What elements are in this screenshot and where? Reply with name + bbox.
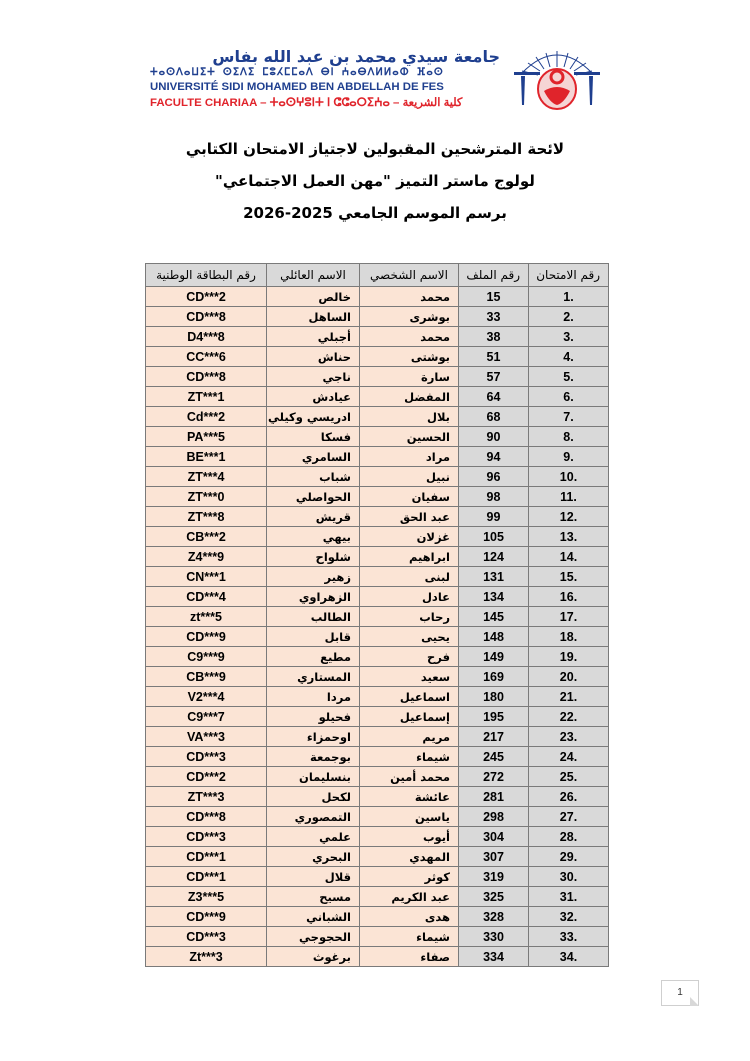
- table-row: 6.64المفضلعيادشZT***1: [146, 387, 609, 407]
- national-id-cell: ZT***1: [146, 387, 267, 407]
- family-name-cell: لكحل: [267, 787, 360, 807]
- national-id-cell: BE***1: [146, 447, 267, 467]
- file-number-cell: 334: [459, 947, 529, 967]
- header-exam-number: رقم الامتحان: [529, 264, 609, 287]
- family-name-cell: البحري: [267, 847, 360, 867]
- national-id-cell: Cd***2: [146, 407, 267, 427]
- first-name-cell: سارة: [360, 367, 459, 387]
- table-row: 24.245شيماءبوجمعةCD***3: [146, 747, 609, 767]
- national-id-cell: D4***8: [146, 327, 267, 347]
- first-name-cell: غزلان: [360, 527, 459, 547]
- exam-number-cell: 6.: [529, 387, 609, 407]
- national-id-cell: CD***1: [146, 867, 267, 887]
- first-name-cell: عبد الحق: [360, 507, 459, 527]
- header-national-id: رقم البطاقة الوطنية: [146, 264, 267, 287]
- exam-number-cell: 20.: [529, 667, 609, 687]
- family-name-cell: فحيلو: [267, 707, 360, 727]
- exam-number-cell: 2.: [529, 307, 609, 327]
- header-first-name: الاسم الشخصي: [360, 264, 459, 287]
- table-row: 26.281عائشةلكحلZT***3: [146, 787, 609, 807]
- national-id-cell: CD***4: [146, 587, 267, 607]
- exam-number-cell: 22.: [529, 707, 609, 727]
- file-number-cell: 148: [459, 627, 529, 647]
- first-name-cell: سعيد: [360, 667, 459, 687]
- family-name-cell: بوجمعة: [267, 747, 360, 767]
- exam-number-cell: 15.: [529, 567, 609, 587]
- family-name-cell: مردا: [267, 687, 360, 707]
- table-row: 14.124ابراهيمشلواحZ4***9: [146, 547, 609, 567]
- file-number-cell: 149: [459, 647, 529, 667]
- table-header-row: رقم الامتحان رقم الملف الاسم الشخصي الاس…: [146, 264, 609, 287]
- national-id-cell: Z3***5: [146, 887, 267, 907]
- table-row: 28.304أيوبعلميCD***3: [146, 827, 609, 847]
- file-number-cell: 98: [459, 487, 529, 507]
- exam-number-cell: 10.: [529, 467, 609, 487]
- exam-number-cell: 33.: [529, 927, 609, 947]
- national-id-cell: CD***9: [146, 907, 267, 927]
- exam-number-cell: 24.: [529, 747, 609, 767]
- exam-number-cell: 34.: [529, 947, 609, 967]
- exam-number-cell: 8.: [529, 427, 609, 447]
- file-number-cell: 33: [459, 307, 529, 327]
- exam-number-cell: 29.: [529, 847, 609, 867]
- family-name-cell: الشباني: [267, 907, 360, 927]
- national-id-cell: CD***1: [146, 847, 267, 867]
- table-row: 19.149فرحمطيعC9***9: [146, 647, 609, 667]
- national-id-cell: ZT***8: [146, 507, 267, 527]
- table-row: 31.325عبد الكريممسيحZ3***5: [146, 887, 609, 907]
- table-row: 32.328هدىالشبانيCD***9: [146, 907, 609, 927]
- file-number-cell: 298: [459, 807, 529, 827]
- first-name-cell: فرح: [360, 647, 459, 667]
- table-row: 10.96نبيلشبابZT***4: [146, 467, 609, 487]
- first-name-cell: عبد الكريم: [360, 887, 459, 907]
- family-name-cell: الحواصلي: [267, 487, 360, 507]
- file-number-cell: 272: [459, 767, 529, 787]
- file-number-cell: 134: [459, 587, 529, 607]
- family-name-cell: المستاري: [267, 667, 360, 687]
- table-row: 12.99عبد الحققريشZT***8: [146, 507, 609, 527]
- file-number-cell: 64: [459, 387, 529, 407]
- file-number-cell: 328: [459, 907, 529, 927]
- national-id-cell: VA***3: [146, 727, 267, 747]
- first-name-cell: أيوب: [360, 827, 459, 847]
- exam-number-cell: 9.: [529, 447, 609, 467]
- family-name-cell: حناش: [267, 347, 360, 367]
- exam-number-cell: 1.: [529, 287, 609, 307]
- exam-number-cell: 13.: [529, 527, 609, 547]
- first-name-cell: المفضل: [360, 387, 459, 407]
- family-name-cell: شلواح: [267, 547, 360, 567]
- first-name-cell: نبيل: [360, 467, 459, 487]
- table-row: 5.57سارةناجيCD***8: [146, 367, 609, 387]
- exam-number-cell: 4.: [529, 347, 609, 367]
- table-row: 1.15محمدخالصCD***2: [146, 287, 609, 307]
- exam-number-cell: 3.: [529, 327, 609, 347]
- exam-number-cell: 30.: [529, 867, 609, 887]
- document-title: لائحة المترشحين المقبولين لاجتياز الامتح…: [0, 140, 750, 158]
- table-row: 4.51بوشتىحناشCC***6: [146, 347, 609, 367]
- table-row: 18.148يحيىقابلCD***9: [146, 627, 609, 647]
- first-name-cell: بوشتى: [360, 347, 459, 367]
- header-file-number: رقم الملف: [459, 264, 529, 287]
- table-row: 15.131لبنىزهيرCN***1: [146, 567, 609, 587]
- exam-number-cell: 23.: [529, 727, 609, 747]
- first-name-cell: إسماعيل: [360, 707, 459, 727]
- file-number-cell: 15: [459, 287, 529, 307]
- file-number-cell: 169: [459, 667, 529, 687]
- national-id-cell: CD***8: [146, 807, 267, 827]
- university-name-tifinagh: ⵜⴰⵙⴷⴰⵡⵉⵜ ⵙⵉⴷⵉ ⵎⵓⵃⵎⵎⴰⴷ ⴱⵏ ⵄⴰⴱⴷⵍⵍⴰⵀ ⴼⴰⵙ: [150, 67, 500, 78]
- national-id-cell: CD***3: [146, 747, 267, 767]
- family-name-cell: ادريسي وكيلي: [267, 407, 360, 427]
- file-number-cell: 96: [459, 467, 529, 487]
- national-id-cell: ZT***3: [146, 787, 267, 807]
- file-number-cell: 90: [459, 427, 529, 447]
- table-row: 20.169سعيدالمستاريCB***9: [146, 667, 609, 687]
- national-id-cell: CB***9: [146, 667, 267, 687]
- university-emblem-icon: [508, 45, 606, 111]
- university-name-arabic: جامعة سيدي محمد بن عبد الله بفاس: [212, 47, 500, 66]
- file-number-cell: 330: [459, 927, 529, 947]
- exam-number-cell: 32.: [529, 907, 609, 927]
- family-name-cell: الساهل: [267, 307, 360, 327]
- national-id-cell: ZT***4: [146, 467, 267, 487]
- family-name-cell: اوحمزاء: [267, 727, 360, 747]
- exam-number-cell: 14.: [529, 547, 609, 567]
- first-name-cell: لبنى: [360, 567, 459, 587]
- first-name-cell: سفيان: [360, 487, 459, 507]
- national-id-cell: C9***7: [146, 707, 267, 727]
- national-id-cell: C9***9: [146, 647, 267, 667]
- table-row: 34.334صفاءبرغوثZt***3: [146, 947, 609, 967]
- table-row: 13.105غزلانبيهيCB***2: [146, 527, 609, 547]
- table-row: 30.319كوثرقلالCD***1: [146, 867, 609, 887]
- national-id-cell: zt***5: [146, 607, 267, 627]
- exam-number-cell: 26.: [529, 787, 609, 807]
- family-name-cell: شباب: [267, 467, 360, 487]
- exam-number-cell: 17.: [529, 607, 609, 627]
- family-name-cell: السامري: [267, 447, 360, 467]
- file-number-cell: 38: [459, 327, 529, 347]
- first-name-cell: مراد: [360, 447, 459, 467]
- university-name-french: UNIVERSITÉ SIDI MOHAMED BEN ABDELLAH DE …: [150, 81, 500, 93]
- exam-number-cell: 28.: [529, 827, 609, 847]
- university-header: جامعة سيدي محمد بن عبد الله بفاس ⵜⴰⵙⴷⴰⵡⵉ…: [150, 45, 610, 113]
- first-name-cell: شيماء: [360, 747, 459, 767]
- first-name-cell: يحيى: [360, 627, 459, 647]
- national-id-cell: CN***1: [146, 567, 267, 587]
- exam-number-cell: 21.: [529, 687, 609, 707]
- first-name-cell: محمد أمين: [360, 767, 459, 787]
- table-row: 22.195إسماعيلفحيلوC9***7: [146, 707, 609, 727]
- national-id-cell: PA***5: [146, 427, 267, 447]
- file-number-cell: 131: [459, 567, 529, 587]
- table-row: 16.134عادلالزهراويCD***4: [146, 587, 609, 607]
- first-name-cell: هدى: [360, 907, 459, 927]
- first-name-cell: محمد: [360, 287, 459, 307]
- national-id-cell: CD***3: [146, 927, 267, 947]
- national-id-cell: ZT***0: [146, 487, 267, 507]
- file-number-cell: 319: [459, 867, 529, 887]
- family-name-cell: قلال: [267, 867, 360, 887]
- page-number-label: 1: [677, 987, 683, 998]
- family-name-cell: الطالب: [267, 607, 360, 627]
- document-subtitle-program: لولوج ماستر التميز "مهن العمل الاجتماعي": [0, 172, 750, 190]
- table-row: 17.145رحابالطالبzt***5: [146, 607, 609, 627]
- file-number-cell: 99: [459, 507, 529, 527]
- exam-number-cell: 31.: [529, 887, 609, 907]
- first-name-cell: شيماء: [360, 927, 459, 947]
- file-number-cell: 304: [459, 827, 529, 847]
- family-name-cell: علمي: [267, 827, 360, 847]
- first-name-cell: المهدي: [360, 847, 459, 867]
- table-row: 21.180اسماعيلمرداV2***4: [146, 687, 609, 707]
- national-id-cell: CD***9: [146, 627, 267, 647]
- table-row: 2.33بوشرىالساهلCD***8: [146, 307, 609, 327]
- file-number-cell: 51: [459, 347, 529, 367]
- family-name-cell: أجبلي: [267, 327, 360, 347]
- family-name-cell: الحجوجي: [267, 927, 360, 947]
- header-family-name: الاسم العائلي: [267, 264, 360, 287]
- university-name-block: جامعة سيدي محمد بن عبد الله بفاس ⵜⴰⵙⴷⴰⵡⵉ…: [150, 45, 500, 113]
- first-name-cell: رحاب: [360, 607, 459, 627]
- national-id-cell: CD***8: [146, 307, 267, 327]
- family-name-cell: زهير: [267, 567, 360, 587]
- file-number-cell: 307: [459, 847, 529, 867]
- family-name-cell: مطيع: [267, 647, 360, 667]
- national-id-cell: Zt***3: [146, 947, 267, 967]
- first-name-cell: محمد: [360, 327, 459, 347]
- family-name-cell: الزهراوي: [267, 587, 360, 607]
- file-number-cell: 94: [459, 447, 529, 467]
- national-id-cell: CC***6: [146, 347, 267, 367]
- file-number-cell: 105: [459, 527, 529, 547]
- exam-number-cell: 25.: [529, 767, 609, 787]
- family-name-cell: فسكا: [267, 427, 360, 447]
- table-row: 8.90الحسينفسكاPA***5: [146, 427, 609, 447]
- exam-number-cell: 12.: [529, 507, 609, 527]
- table-row: 29.307المهديالبحريCD***1: [146, 847, 609, 867]
- file-number-cell: 57: [459, 367, 529, 387]
- candidates-table: رقم الامتحان رقم الملف الاسم الشخصي الاس…: [145, 263, 609, 967]
- first-name-cell: ياسين: [360, 807, 459, 827]
- exam-number-cell: 11.: [529, 487, 609, 507]
- exam-number-cell: 27.: [529, 807, 609, 827]
- first-name-cell: الحسين: [360, 427, 459, 447]
- national-id-cell: V2***4: [146, 687, 267, 707]
- page-number: 1: [661, 980, 699, 1006]
- file-number-cell: 195: [459, 707, 529, 727]
- first-name-cell: بوشرى: [360, 307, 459, 327]
- family-name-cell: قريش: [267, 507, 360, 527]
- exam-number-cell: 18.: [529, 627, 609, 647]
- family-name-cell: مسيح: [267, 887, 360, 907]
- family-name-cell: بنسليمان: [267, 767, 360, 787]
- exam-number-cell: 5.: [529, 367, 609, 387]
- first-name-cell: عائشة: [360, 787, 459, 807]
- table-row: 23.217مريماوحمزاءVA***3: [146, 727, 609, 747]
- faculty-name: FACULTE CHARIAA – ⵜⴰⵙⵖⵓⵏⵜ ⵏ ⵛⵛⴰⵔⵉⵄⴰ – كل…: [150, 95, 500, 109]
- national-id-cell: CD***3: [146, 827, 267, 847]
- table-row: 25.272محمد أمينبنسليمانCD***2: [146, 767, 609, 787]
- family-name-cell: التمصوري: [267, 807, 360, 827]
- national-id-cell: Z4***9: [146, 547, 267, 567]
- family-name-cell: عيادش: [267, 387, 360, 407]
- table-row: 27.298ياسينالتمصوريCD***8: [146, 807, 609, 827]
- table-row: 11.98سفيانالحواصليZT***0: [146, 487, 609, 507]
- family-name-cell: خالص: [267, 287, 360, 307]
- exam-number-cell: 7.: [529, 407, 609, 427]
- file-number-cell: 281: [459, 787, 529, 807]
- file-number-cell: 68: [459, 407, 529, 427]
- table-row: 9.94مرادالسامريBE***1: [146, 447, 609, 467]
- file-number-cell: 180: [459, 687, 529, 707]
- table-row: 33.330شيماءالحجوجيCD***3: [146, 927, 609, 947]
- table-row: 3.38محمدأجبليD4***8: [146, 327, 609, 347]
- first-name-cell: عادل: [360, 587, 459, 607]
- first-name-cell: كوثر: [360, 867, 459, 887]
- page-fold-icon: [690, 997, 699, 1006]
- national-id-cell: CD***8: [146, 367, 267, 387]
- file-number-cell: 325: [459, 887, 529, 907]
- first-name-cell: بلال: [360, 407, 459, 427]
- family-name-cell: قابل: [267, 627, 360, 647]
- first-name-cell: مريم: [360, 727, 459, 747]
- table-row: 7.68بلالادريسي وكيليCd***2: [146, 407, 609, 427]
- first-name-cell: صفاء: [360, 947, 459, 967]
- exam-number-cell: 16.: [529, 587, 609, 607]
- exam-number-cell: 19.: [529, 647, 609, 667]
- family-name-cell: برغوث: [267, 947, 360, 967]
- file-number-cell: 124: [459, 547, 529, 567]
- national-id-cell: CD***2: [146, 287, 267, 307]
- family-name-cell: بيهي: [267, 527, 360, 547]
- family-name-cell: ناجي: [267, 367, 360, 387]
- national-id-cell: CB***2: [146, 527, 267, 547]
- national-id-cell: CD***2: [146, 767, 267, 787]
- document-subtitle-year: برسم الموسم الجامعي 2025-2026: [0, 204, 750, 222]
- first-name-cell: ابراهيم: [360, 547, 459, 567]
- first-name-cell: اسماعيل: [360, 687, 459, 707]
- file-number-cell: 145: [459, 607, 529, 627]
- file-number-cell: 217: [459, 727, 529, 747]
- file-number-cell: 245: [459, 747, 529, 767]
